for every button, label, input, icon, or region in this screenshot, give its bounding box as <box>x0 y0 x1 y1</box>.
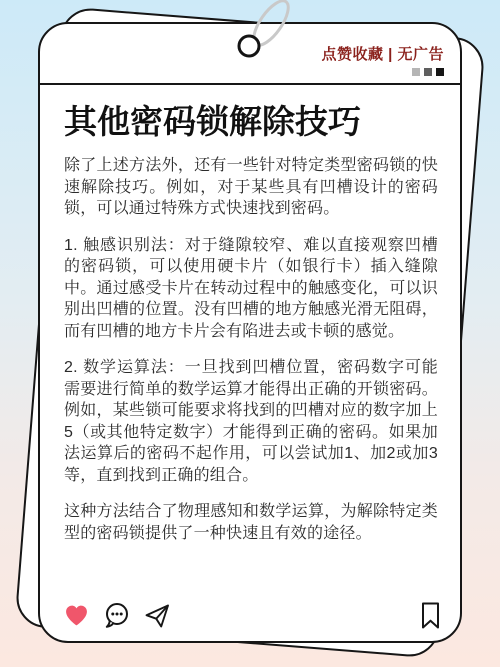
article-paragraph-method-1: 1. 触感识别法：对于缝隙较窄、难以直接观察凹槽的密码锁，可以使用硬卡片（如银行… <box>64 235 438 343</box>
page: { "colors": { "bg_top": "#cdeaf8", "bg_m… <box>0 0 500 667</box>
article-paragraph-method-2: 2. 数学运算法：一旦找到凹槽位置，密码数字可能需要进行简单的数学运算才能得出正… <box>64 357 438 486</box>
action-bar <box>64 602 440 629</box>
square-swatch-light <box>412 68 420 76</box>
paper-plane-icon <box>144 603 170 629</box>
article: 其他密码锁解除技巧 除了上述方法外，还有一些针对特定类型密码锁的快速解除技巧。例… <box>40 85 460 545</box>
share-button[interactable] <box>144 603 170 629</box>
promo-badge-label: 点赞收藏 | 无广告 <box>321 43 444 64</box>
card-header: 点赞收藏 | 无广告 <box>40 24 460 85</box>
square-swatch-dark <box>436 68 444 76</box>
comment-button[interactable] <box>103 602 130 629</box>
gray-squares-decoration <box>321 68 444 76</box>
note-card: 点赞收藏 | 无广告 其他密码锁解除技巧 除了上述方法外，还有一些针对特定类型密… <box>38 22 462 643</box>
promo-badge: 点赞收藏 | 无广告 <box>321 43 444 76</box>
like-button[interactable] <box>64 604 89 627</box>
speech-bubble-icon <box>103 602 130 629</box>
heart-icon <box>64 604 89 627</box>
bookmark-button[interactable] <box>421 602 440 629</box>
article-title: 其他密码锁解除技巧 <box>64 103 438 141</box>
bookmark-icon <box>421 602 440 629</box>
square-swatch-mid <box>424 68 432 76</box>
article-paragraph-intro: 除了上述方法外，还有一些针对特定类型密码锁的快速解除技巧。例如，对于某些具有凹槽… <box>64 155 438 220</box>
article-paragraph-summary: 这种方法结合了物理感知和数学运算，为解除特定类型的密码锁提供了一种快速且有效的途… <box>64 501 438 544</box>
